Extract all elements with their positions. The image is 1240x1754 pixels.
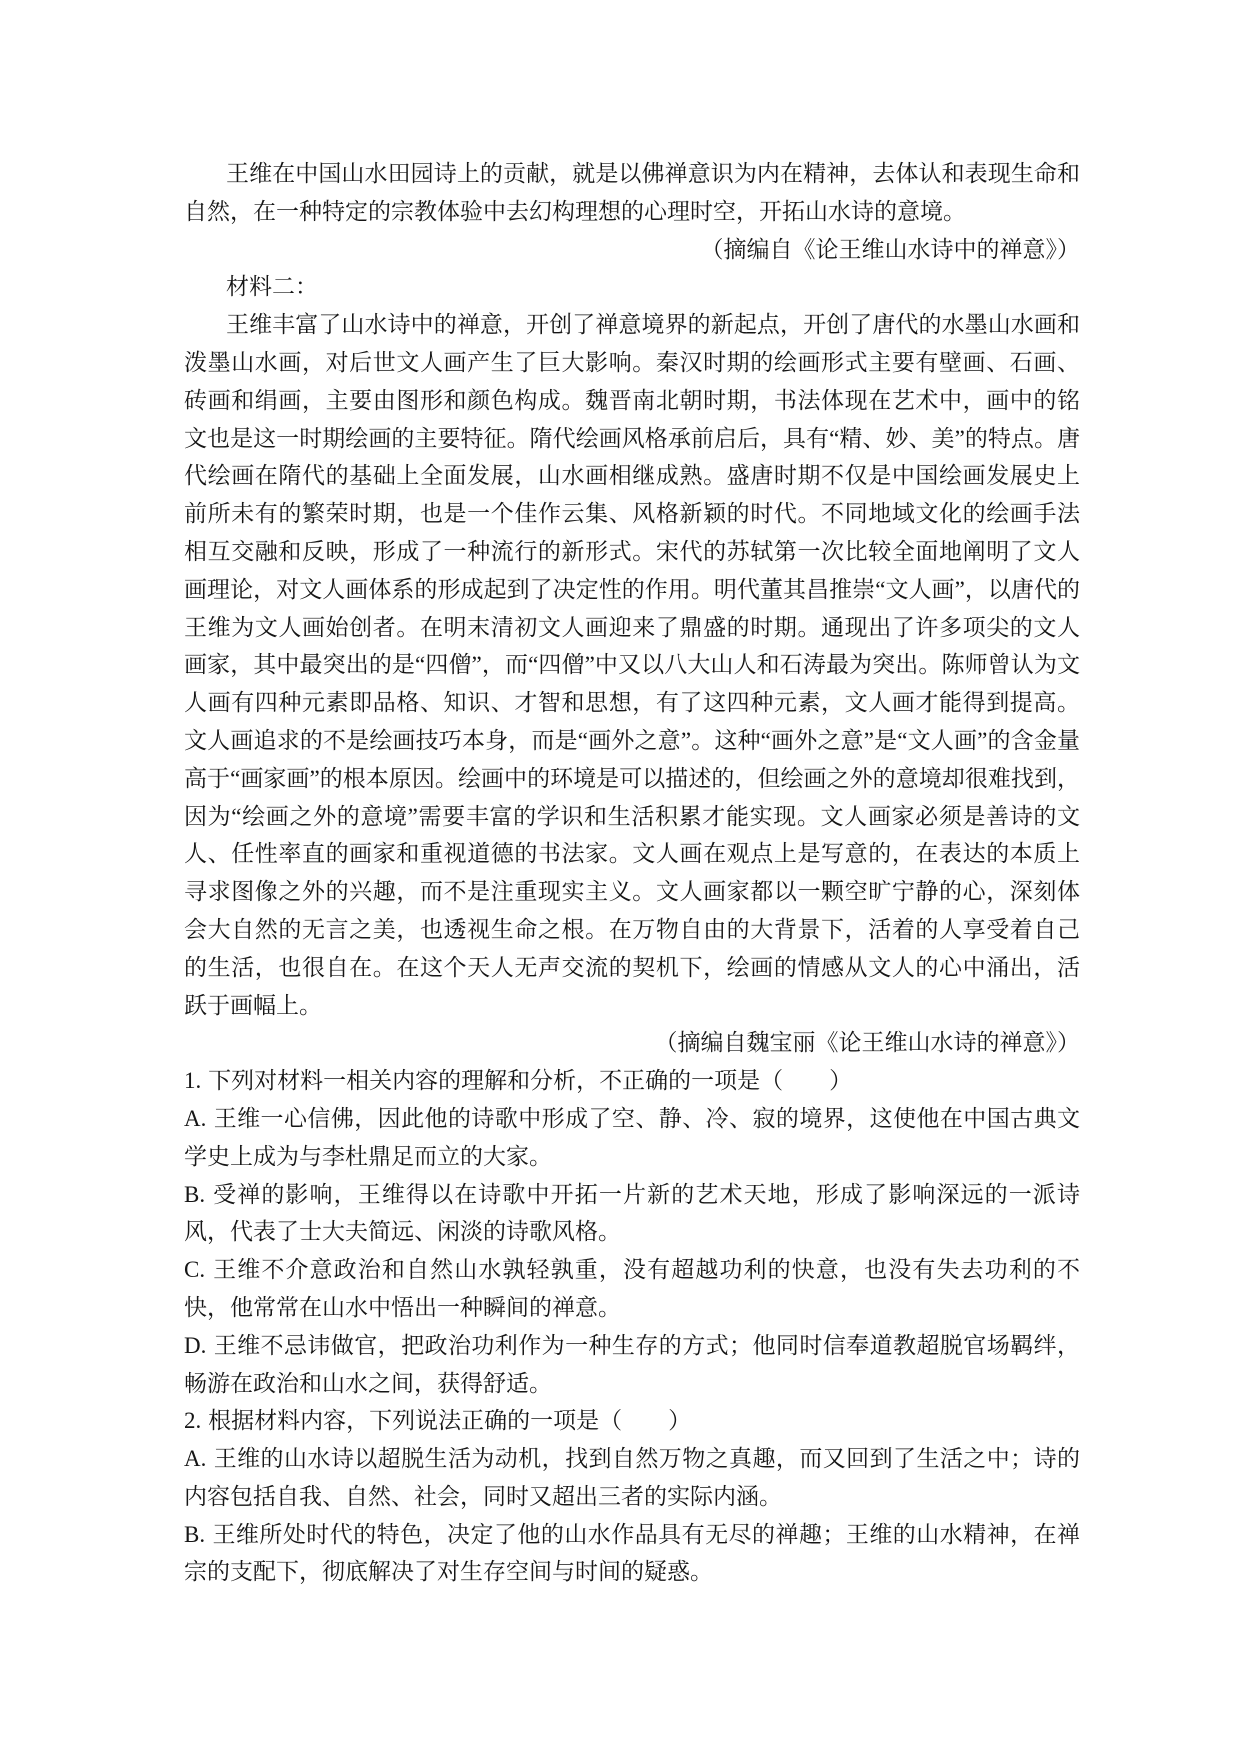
option-label: B. — [184, 1522, 205, 1547]
option-label: B. — [184, 1182, 205, 1207]
question-1-number: 1. — [184, 1068, 201, 1093]
material-two-citation: （摘编自魏宝丽《论王维山水诗的禅意》） — [184, 1024, 1080, 1062]
option-text: 王维不忌讳做官，把政治功利作为一种生存的方式；他同时信奉道教超脱官场羁绊，畅游在… — [184, 1333, 1080, 1396]
option-text: 王维的山水诗以超脱生活为动机，找到自然万物之真趣，而又回到了生活之中；诗的内容包… — [184, 1446, 1080, 1509]
question-1-option-C: C.王维不介意政治和自然山水孰轻孰重，没有超越功利的快意，也没有失去功利的不快，… — [184, 1251, 1080, 1327]
option-label: D. — [184, 1333, 206, 1358]
option-text: 受禅的影响，王维得以在诗歌中开拓一片新的艺术天地，形成了影响深远的一派诗风，代表… — [184, 1182, 1080, 1245]
option-text: 王维一心信佛，因此他的诗歌中形成了空、静、冷、寂的境界，这使他在中国古典文学史上… — [184, 1106, 1080, 1169]
option-text: 王维所处时代的特色，决定了他的山水作品具有无尽的禅趣；王维的山水精神，在禅宗的支… — [184, 1522, 1080, 1585]
option-label: C. — [184, 1257, 205, 1282]
option-text: 王维不介意政治和自然山水孰轻孰重，没有超越功利的快意，也没有失去功利的不快，他常… — [184, 1257, 1080, 1320]
option-label: A. — [184, 1106, 206, 1131]
exam-page: 王维在中国山水田园诗上的贡献，就是以佛禅意识为内在精神，去体认和表现生命和自然，… — [0, 0, 1240, 1754]
question-2-stem-line: 2.根据材料内容，下列说法正确的一项是（ ） — [184, 1402, 1080, 1440]
question-2-option-B: B.王维所处时代的特色，决定了他的山水作品具有无尽的禅趣；王维的山水精神，在禅宗… — [184, 1516, 1080, 1592]
question-1-stem-line: 1.下列对材料一相关内容的理解和分析，不正确的一项是（ ） — [184, 1062, 1080, 1100]
question-1-option-B: B.受禅的影响，王维得以在诗歌中开拓一片新的艺术天地，形成了影响深远的一派诗风，… — [184, 1176, 1080, 1252]
question-1-stem: 下列对材料一相关内容的理解和分析，不正确的一项是（ ） — [208, 1068, 852, 1093]
material-one-citation: （摘编自《论王维山水诗中的禅意》） — [184, 231, 1080, 269]
question-1-option-D: D.王维不忌讳做官，把政治功利作为一种生存的方式；他同时信奉道教超脱官场羁绊，畅… — [184, 1327, 1080, 1403]
material-two-heading: 材料二： — [184, 268, 1080, 306]
option-label: A. — [184, 1446, 206, 1471]
question-1-option-A: A.王维一心信佛，因此他的诗歌中形成了空、静、冷、寂的境界，这使他在中国古典文学… — [184, 1100, 1080, 1176]
material-one-paragraph: 王维在中国山水田园诗上的贡献，就是以佛禅意识为内在精神，去体认和表现生命和自然，… — [184, 155, 1080, 231]
question-2-option-A: A.王维的山水诗以超脱生活为动机，找到自然万物之真趣，而又回到了生活之中；诗的内… — [184, 1440, 1080, 1516]
question-2-number: 2. — [184, 1408, 201, 1433]
material-two-paragraph: 王维丰富了山水诗中的禅意，开创了禅意境界的新起点，开创了唐代的水墨山水画和泼墨山… — [184, 306, 1080, 1024]
question-2-stem: 根据材料内容，下列说法正确的一项是（ ） — [208, 1408, 691, 1433]
